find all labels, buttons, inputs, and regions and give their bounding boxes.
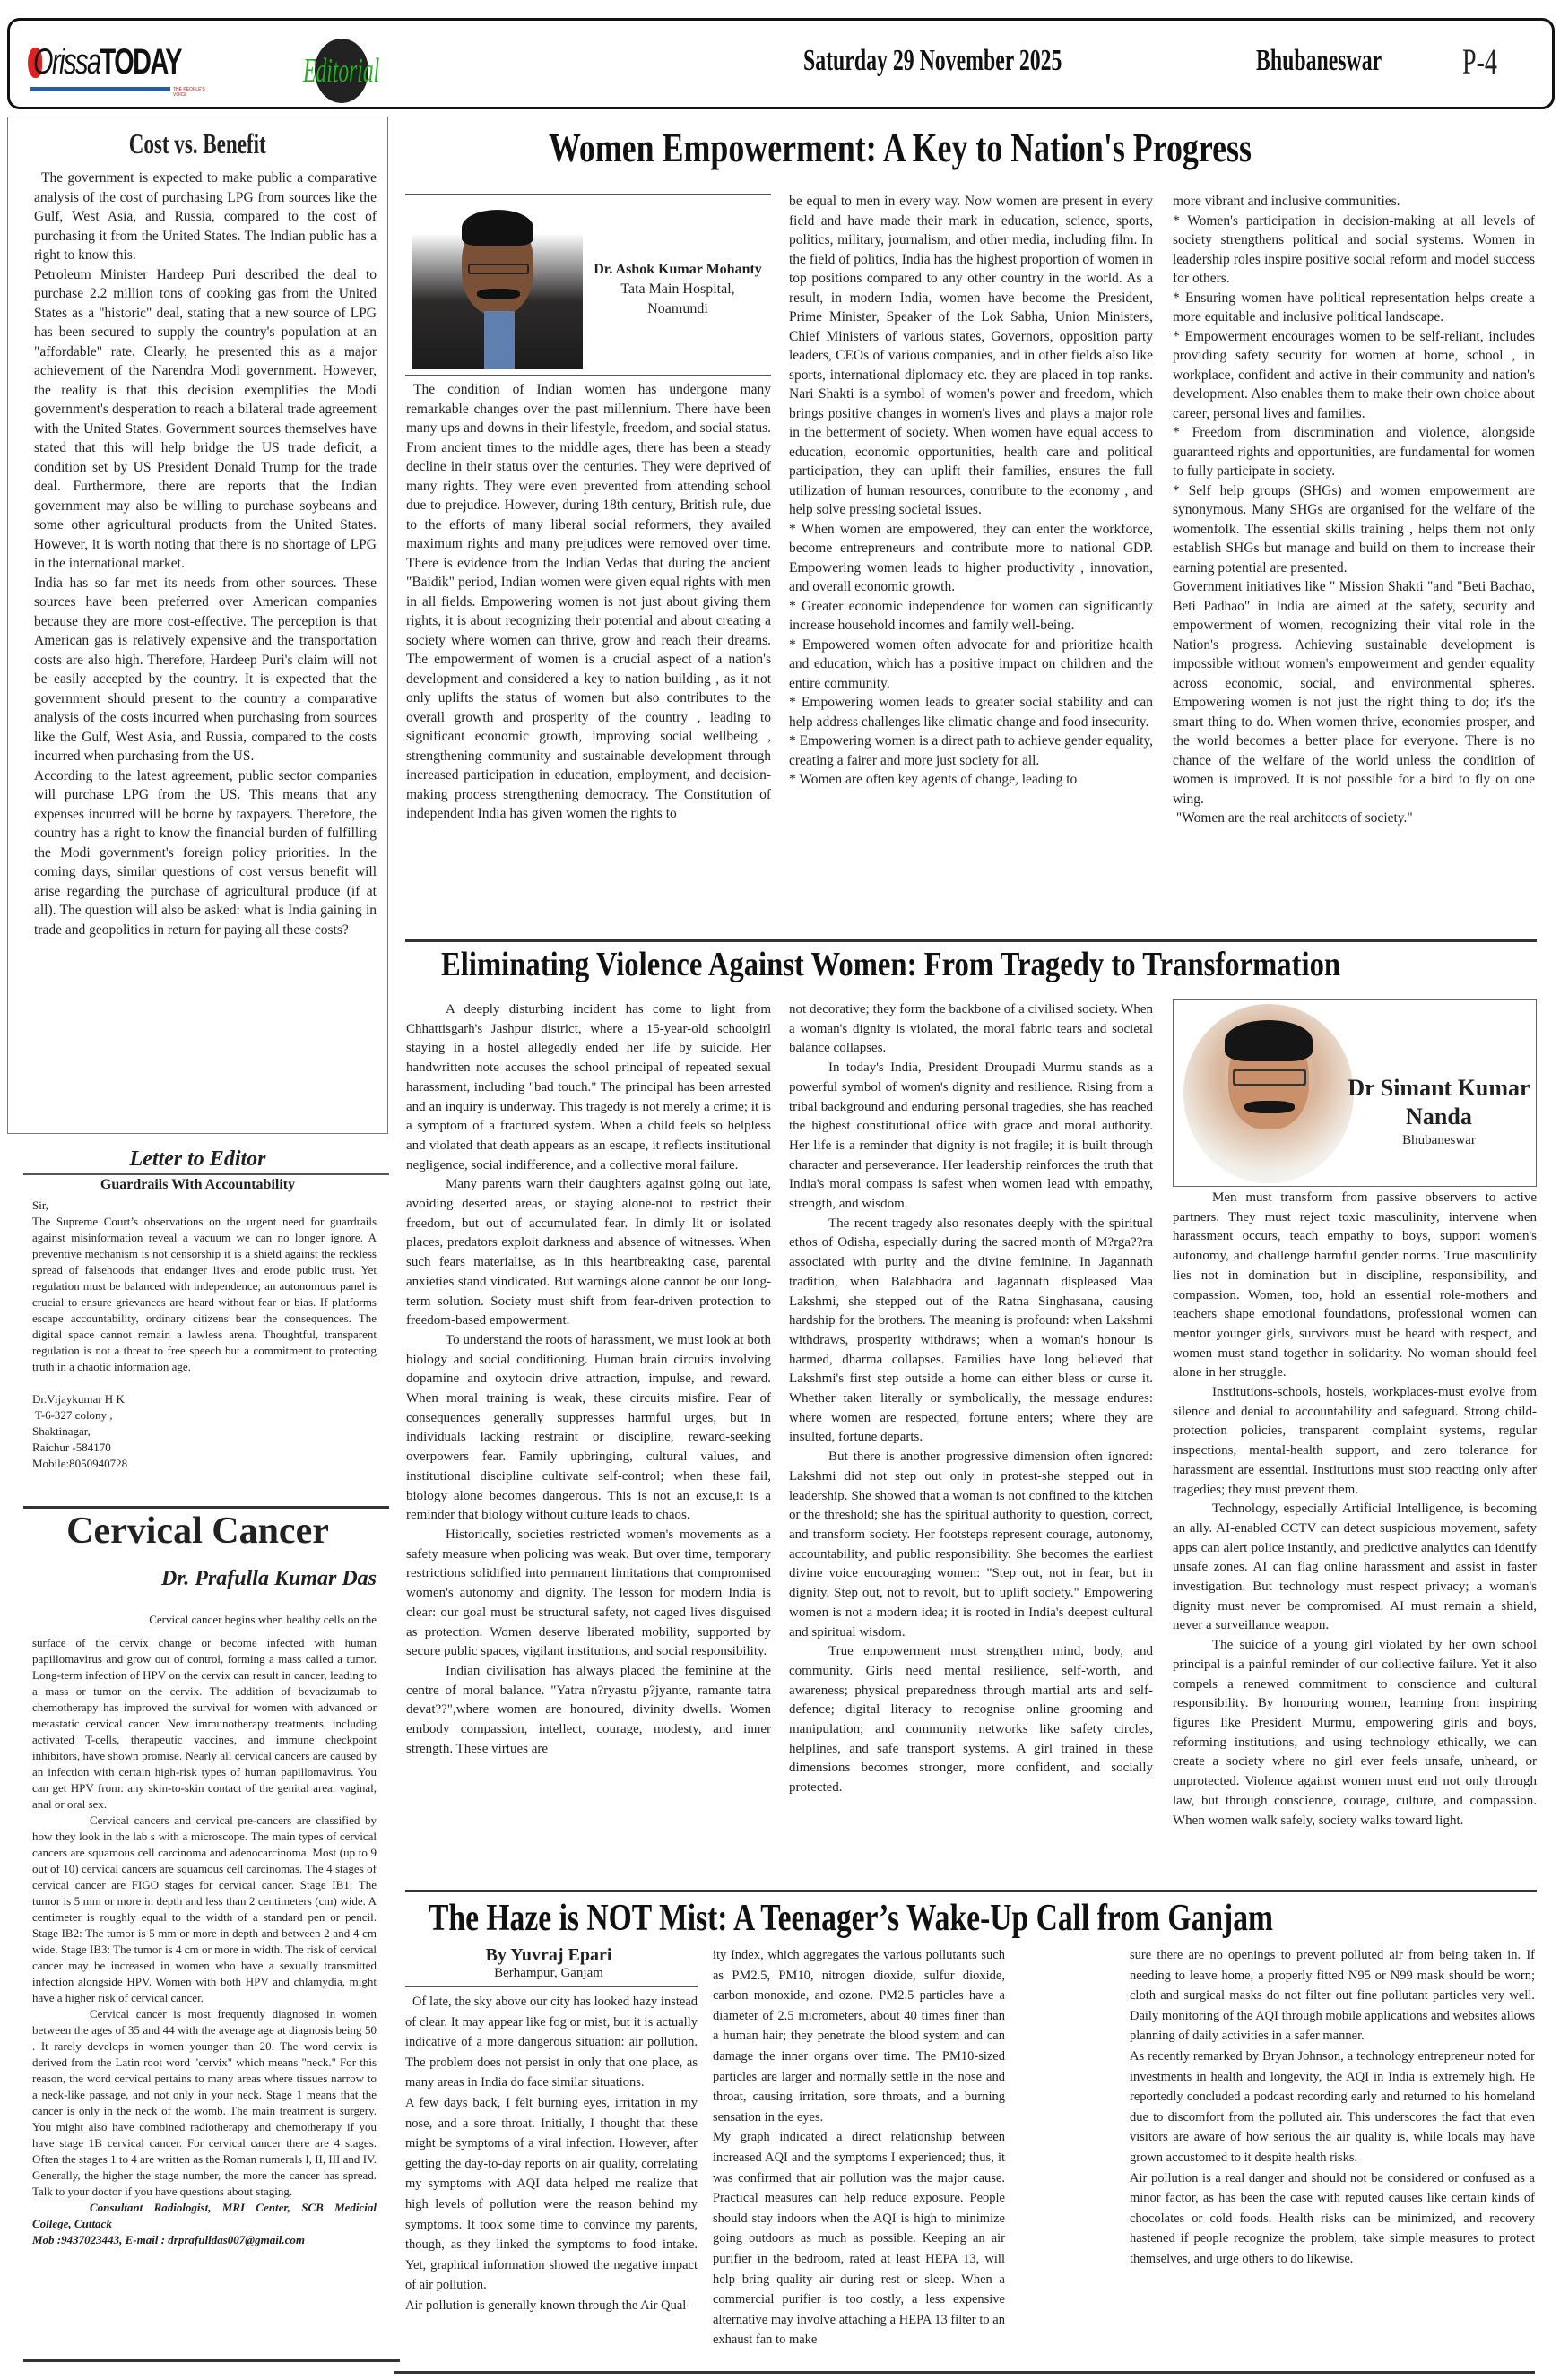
women-empowerment-col1: The condition of Indian women has underg…: [406, 380, 771, 824]
violence-title: Eliminating Violence Against Women: From…: [441, 945, 1340, 984]
women-empowerment-col3: more vibrant and inclusive communities. …: [1173, 192, 1535, 828]
violence-col1: A deeply disturbing incident has come to…: [406, 1000, 771, 1759]
letter-title: Guardrails With Accountability: [7, 1177, 388, 1193]
logo-tagline: THE PEOPLE'S VOICE: [173, 87, 205, 98]
logo-prefix: Orissa: [33, 42, 100, 82]
cervical-contact: Mob :9437023443, E-mail : drprafulldas00…: [32, 2232, 377, 2248]
violence-author-place: Bhubaneswar: [1345, 1133, 1533, 1148]
masthead: OrissaTODAY THE PEOPLE'S VOICE Editorial…: [7, 18, 1555, 109]
letter-mobile: Mobile:8050940728: [32, 1456, 377, 1472]
section-badge: Editorial: [315, 39, 368, 103]
violence-col3: Men must transform from passive observer…: [1173, 1189, 1537, 1830]
author-photo-ashok-mohanty: [412, 199, 583, 369]
cervical-credit: Consultant Radiologist, MRI Center, SCB …: [32, 2200, 377, 2232]
cervical-title: Cervical Cancer: [7, 1510, 388, 1553]
letter-body: Sir, The Supreme Court’s observations on…: [32, 1198, 377, 1472]
logo-suffix: TODAY: [100, 42, 181, 82]
edition-city: Bhubaneswar: [1256, 44, 1382, 78]
women-empowerment-title: Women Empowerment: A Key to Nation's Pro…: [549, 124, 1252, 171]
violence-author-name: Dr Simant Kumar Nanda: [1345, 1074, 1533, 1131]
haze-col1: Of late, the sky above our city has look…: [405, 1992, 698, 2316]
women-empowerment-quote: "Women are the real architects of societ…: [1173, 809, 1535, 828]
page-number: P-4: [1462, 40, 1497, 82]
cost-vs-benefit-body: The government is expected to make publi…: [34, 169, 377, 939]
women-empowerment-byline: Dr. Ashok Kumar Mohanty Tata Main Hospit…: [583, 260, 773, 319]
issue-date: Saturday 29 November 2025: [803, 44, 1062, 78]
haze-title: The Haze is NOT Mist: A Teenager’s Wake-…: [429, 1897, 1273, 1940]
letter-signature-name: Dr.Vijaykumar H K: [32, 1391, 377, 1407]
author-name: Dr. Ashok Kumar Mohanty: [583, 260, 773, 280]
section-badge-label: Editorial: [303, 51, 379, 91]
women-empowerment-col2: be equal to men in every way. Now women …: [789, 192, 1153, 790]
cervical-body: Cervical cancer begins when healthy cell…: [32, 1612, 377, 2248]
cost-vs-benefit-title: Cost vs. Benefit: [7, 127, 388, 160]
haze-col3: sure there are no openings to prevent po…: [1130, 1945, 1535, 2270]
haze-byline: By Yuvraj Epari Berhampur, Ganjam: [405, 1945, 692, 1981]
letter-section-title: Letter to Editor: [7, 1147, 388, 1172]
cervical-author: Dr. Prafulla Kumar Das: [36, 1567, 377, 1591]
newspaper-logo[interactable]: OrissaTODAY THE PEOPLE'S VOICE: [26, 40, 205, 94]
author-photo-simant-nanda: [1183, 1004, 1354, 1183]
logo-underline: [30, 87, 170, 91]
violence-col2: not decorative; they form the backbone o…: [789, 1000, 1153, 1798]
haze-col2: ity Index, which aggregates the various …: [713, 1945, 1005, 2350]
